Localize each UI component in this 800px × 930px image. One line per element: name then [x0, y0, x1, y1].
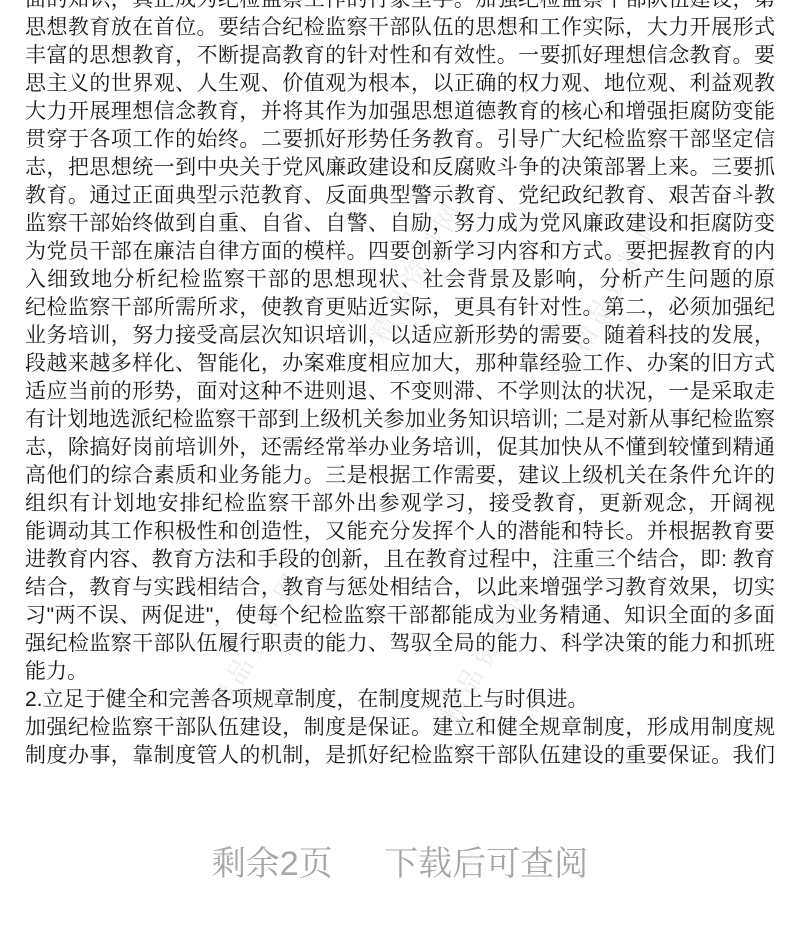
text-line: 志，除搞好岗前培训外，还需经常举办业务培训，促其加快从不懂到较懂到精通的进程，提: [25, 434, 775, 462]
text-line: 习"两不误、两促进"，使每个纪检监察干部都能成为业务精通、知识全面的多面手。从而…: [25, 602, 775, 630]
download-hint-label: 下载后可查阅: [384, 836, 588, 885]
text-line: 制度办事，靠制度管人的机制，是抓好纪检监察干部队伍建设的重要保证。我们应紧紧扣住: [25, 742, 775, 770]
text-line: 能调动其工作积极性和创造性，又能充分发挥个人的潜能和特长。并根据教育要求，积极推: [25, 518, 775, 546]
text-line: 2.立足于健全和完善各项规章制度，在制度规范上与时俱进。: [25, 686, 775, 714]
text-line: 面的知识，真正成为纪检监察工作的行家里手。加强纪检监察干部队伍建设，第一，必须把: [25, 0, 775, 14]
text-line: 思想教育放在首位。要结合纪检监察干部队伍的思想和工作实际，大力开展形式多样、内容: [25, 14, 775, 42]
text-line: 监察干部始终做到自重、自省、自警、自励，努力成为党风廉政建设和拒腐防变的楷模，成: [25, 210, 775, 238]
text-line: 业务培训，努力接受高层次知识培训，以适应新形势的需要。随着科技的发展，违法违纪手: [25, 322, 775, 350]
text-line: 纪检监察干部所需所求，使教育更贴近实际，更具有针对性。第二，必须加强纪检监察知识: [25, 294, 775, 322]
text-line: 为党员干部在廉洁自律方面的模样。四要创新学习内容和方式。要把握教育的内在规律，深: [25, 238, 775, 266]
text-line: 段越来越多样化、智能化，办案难度相应加大，那种靠经验工作、办案的旧方式已越来越不: [25, 350, 775, 378]
text-line: 组织有计划地安排纪检监察干部外出参观学习，接受教育，更新观念，开阔视野。这样，既: [25, 490, 775, 518]
text-line: 大力开展理想信念教育，并将其作为加强思想道德教育的核心和增强拒腐防变能力的关键，: [25, 98, 775, 126]
text-line: 思主义的世界观、人生观、价值观为根本，以正确的权力观、地位观、利益观教育为核心，: [25, 70, 775, 98]
page-footer: 剩余2页 下载后可查阅: [0, 836, 800, 885]
text-line: 能力。: [25, 658, 775, 686]
text-line: 入细致地分析纪检监察干部的思想现状、社会背景及影响，分析产生问题的原因，及时掌握: [25, 266, 775, 294]
text-line: 强纪检监察干部队伍履行职责的能力、驾驭全局的能力、科学决策的能力和抓班子带队伍的: [25, 630, 775, 658]
pages-remaining-label: 剩余2页: [212, 836, 333, 885]
document-body: 面的知识，真正成为纪检监察工作的行家里手。加强纪检监察干部队伍建设，第一，必须把…: [25, 0, 775, 770]
text-line: 适应当前的形势，面对这种不进则退、不变则滞、不学则汰的状况，一是采取走出去的办法…: [25, 378, 775, 406]
text-line: 加强纪检监察干部队伍建设，制度是保证。建立和健全规章制度，形成用制度规范行为，按: [25, 714, 775, 742]
text-line: 教育。通过正面典型示范教育、反面典型警示教育、党纪政纪教育、艰苦奋斗教育，使纪检: [25, 182, 775, 210]
text-line: 丰富的思想教育，不断提高教育的针对性和有效性。一要抓好理想信念教育。要以树立马克: [25, 42, 775, 70]
text-line: 有计划地选派纪检监察干部到上级机关参加业务知识培训; 二是对新从事纪检监察工作的…: [25, 406, 775, 434]
text-line: 贯穿于各项工作的始终。二要抓好形势任务教育。引导广大纪检监察干部坚定信心，增强斗: [25, 126, 775, 154]
text-line: 结合，教育与实践相结合，教育与惩处相结合，以此来增强学习教育效果，切实做到工作学: [25, 574, 775, 602]
text-line: 高他们的综合素质和业务能力。三是根据工作需要，建议上级机关在条件允许的情况下，有: [25, 462, 775, 490]
text-line: 进教育内容、教育方法和手段的创新，且在教育过程中，注重三个结合，即: 教育与疏导…: [25, 546, 775, 574]
text-line: 志，把思想统一到中央关于党风廉政建设和反腐败斗争的决策部署上来。三要抓好自身廉政: [25, 154, 775, 182]
